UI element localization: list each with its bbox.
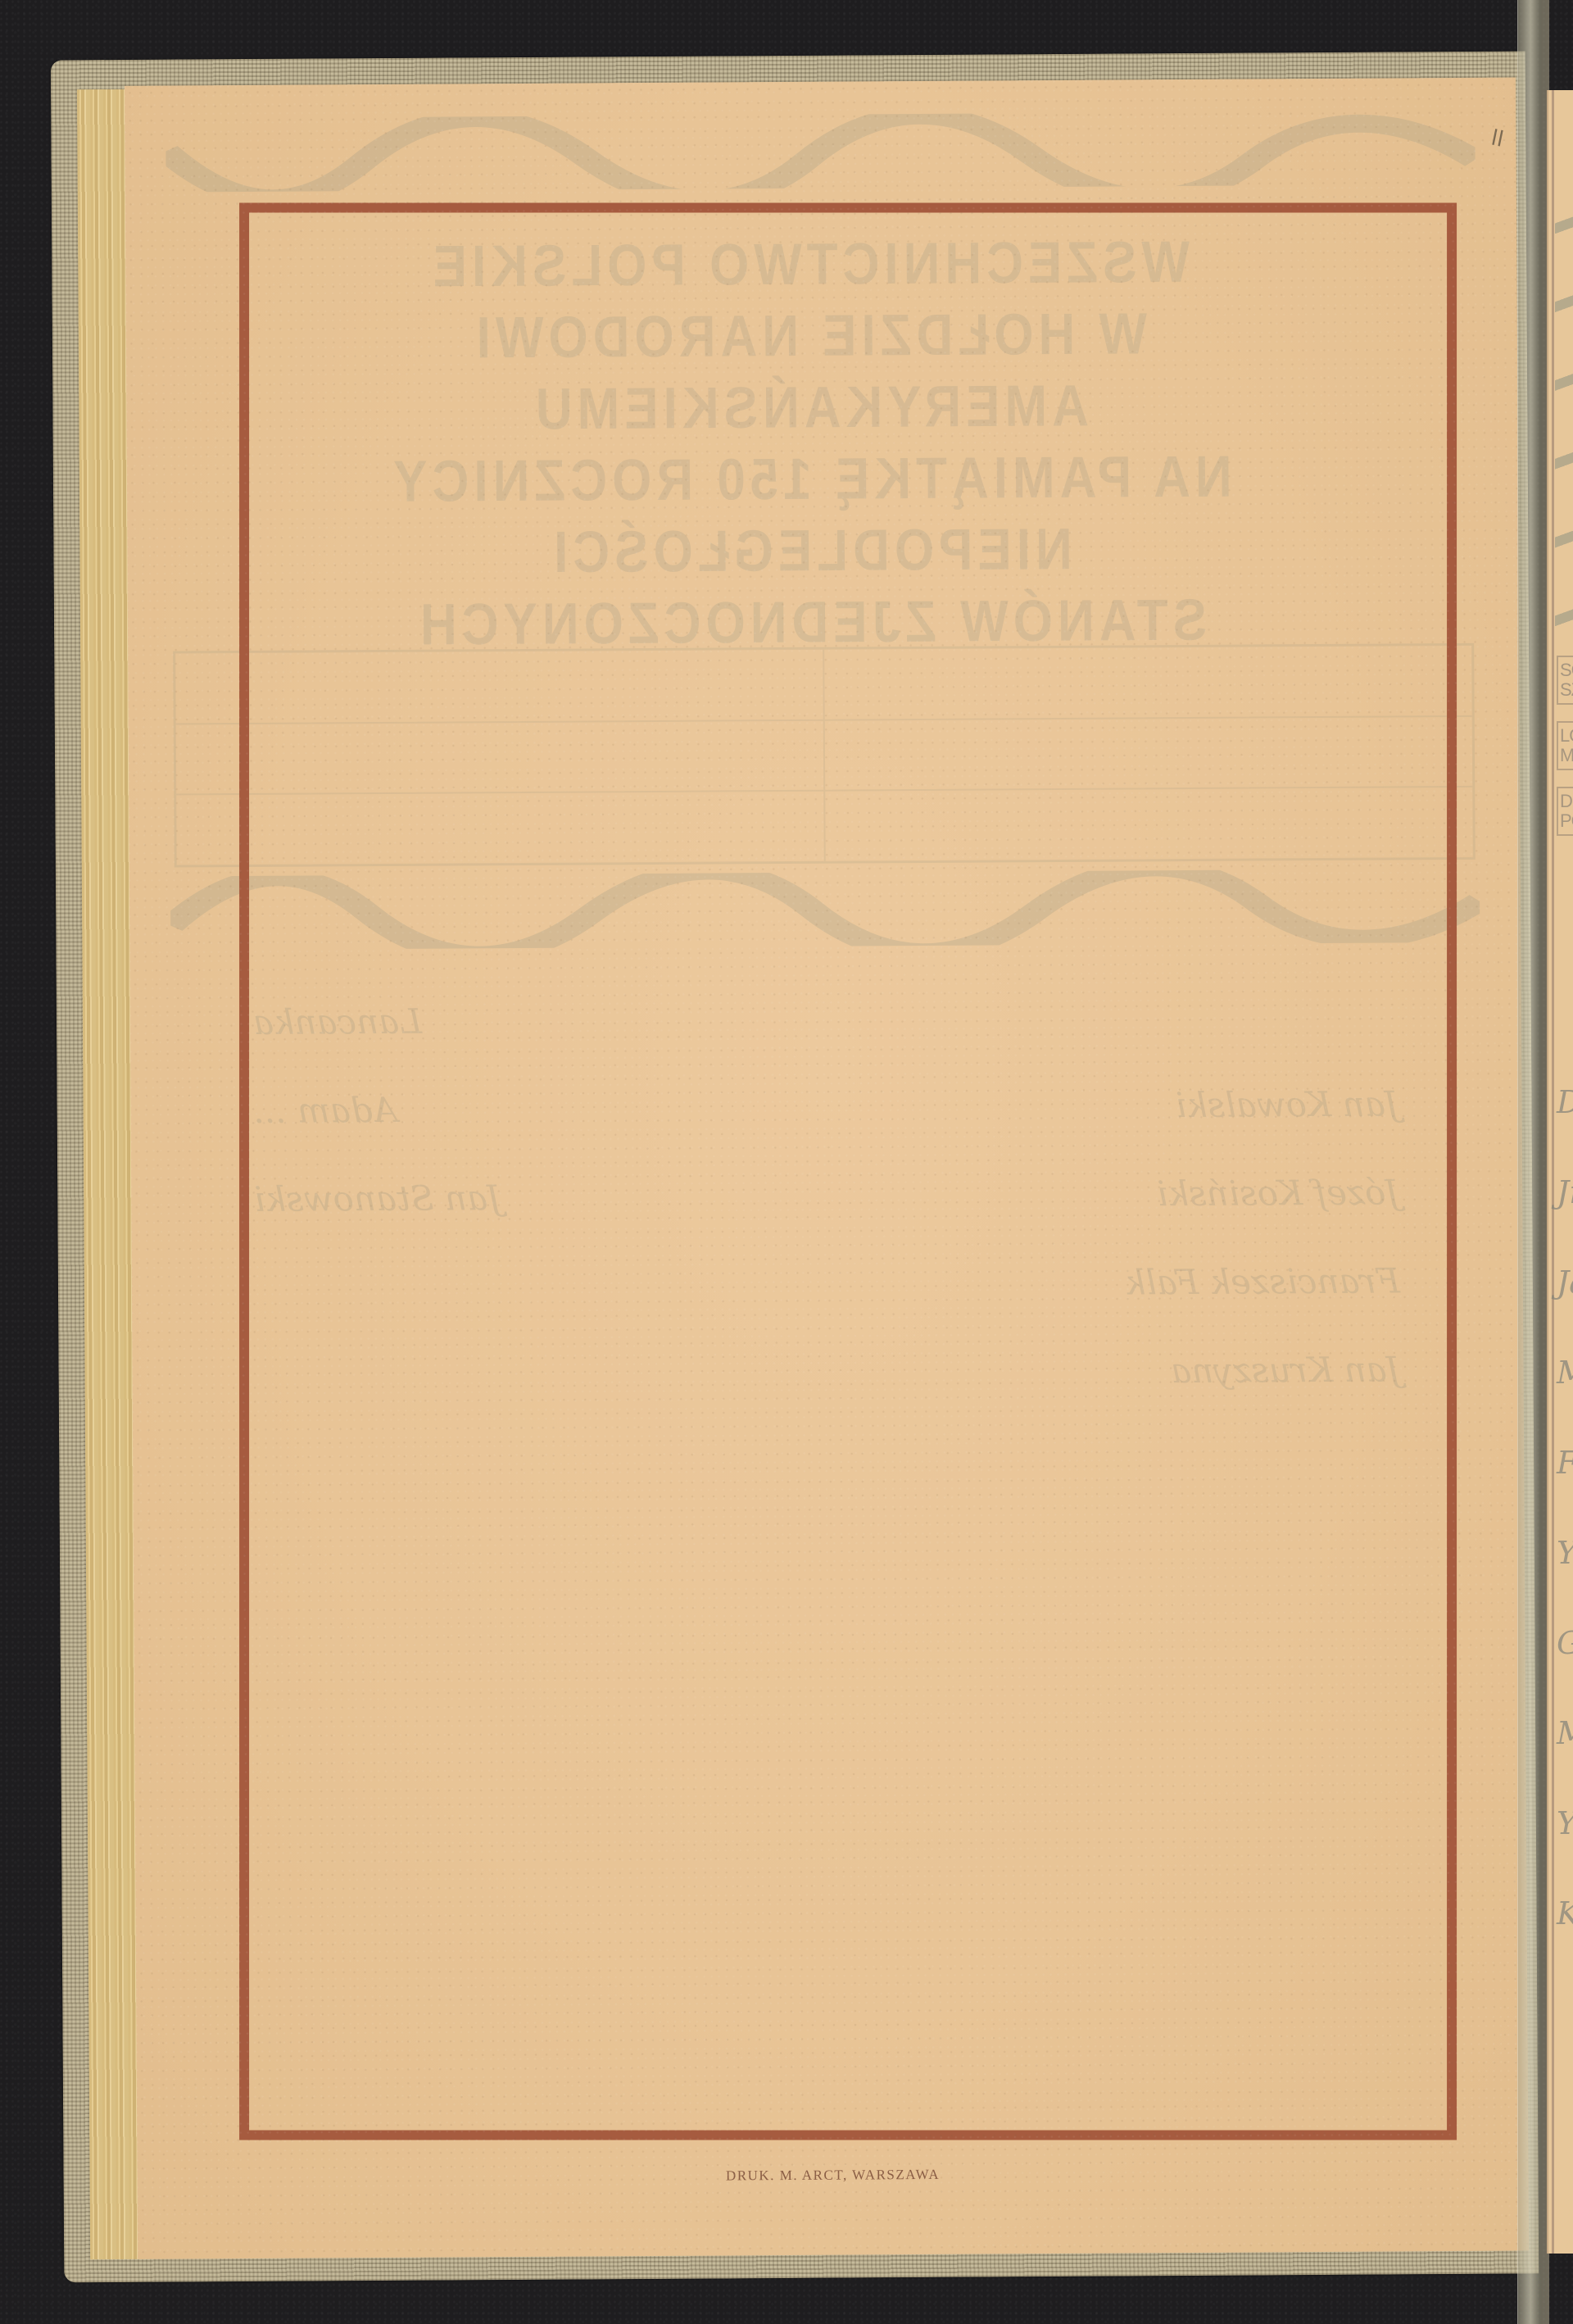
facing-page-signatures: Dz Jn Ja Ma Fr Y Gy Ma Y Ka [1557, 1057, 1573, 1959]
facing-page-table-labels: SCH SZK LOC MIE DIS PO [1557, 656, 1573, 852]
signature-fragment: Ka [1557, 1868, 1573, 1959]
signature-fragment: Y [1557, 1778, 1573, 1868]
gutter-glass-edge [1517, 0, 1549, 2324]
table-label: DIS PO [1557, 787, 1573, 836]
ornament-wave-top [165, 111, 1476, 193]
signature-fragment: Ja [1557, 1237, 1573, 1328]
signature-fragment: Ma [1557, 1688, 1573, 1778]
pencil-mark: ll [1489, 126, 1506, 152]
signature-fragment: Fr [1557, 1418, 1573, 1508]
signature-fragment: Y [1557, 1508, 1573, 1598]
facing-page-edge: SCH SZK LOC MIE DIS PO Dz Jn Ja Ma Fr Y … [1547, 90, 1573, 2254]
book-page: WSZECHNICTWO POLSKIE W HOŁDZIE NARODOWI … [125, 78, 1529, 2259]
facing-page-ornament [1555, 188, 1573, 647]
signature-fragment: Gy [1557, 1598, 1573, 1688]
signature-fragment: Ma [1557, 1328, 1573, 1418]
red-page-frame [239, 203, 1457, 2140]
open-book: WSZECHNICTWO POLSKIE W HOŁDZIE NARODOWI … [0, 0, 1573, 2324]
table-label: LOC MIE [1557, 721, 1573, 770]
signature-fragment: Jn [1557, 1147, 1573, 1237]
facing-page-border [1552, 90, 1554, 2254]
table-label: SCH SZK [1557, 656, 1573, 705]
signature-fragment: Dz [1557, 1057, 1573, 1147]
